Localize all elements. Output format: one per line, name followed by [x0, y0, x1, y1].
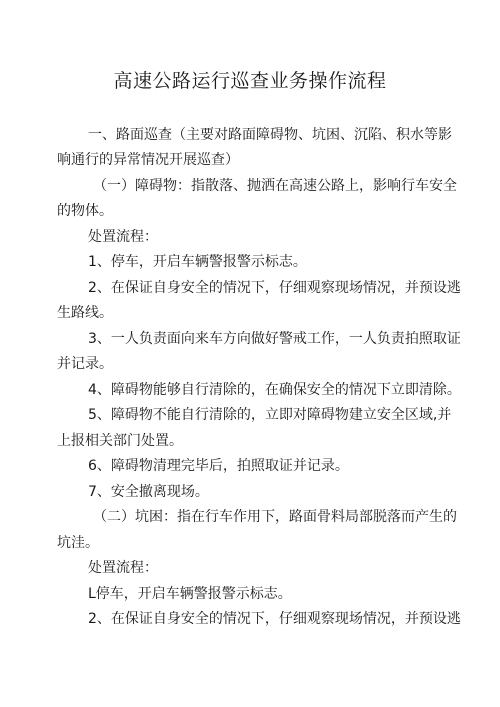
procedure-heading: 处置流程： [88, 228, 158, 246]
paragraph-line: 上报相关部门处置。 [57, 432, 183, 450]
procedure-step-3: 3、一人负责面向来车方向做好警戒工作，一人负责拍照取证 [88, 330, 461, 348]
document-title: 高速公路运行巡查业务操作流程 [0, 69, 500, 93]
paragraph-line: 的物体。 [57, 202, 113, 220]
procedure-step-5: 5、障碍物不能自行清除的，立即对障碍物建立安全区域,并 [88, 406, 451, 424]
procedure-step-4: 4、障碍物能够自行清除的，在确保安全的情况下立即清除。 [88, 381, 461, 399]
procedure-step-6: 6、障碍物清理完毕后，拍照取证并记录。 [88, 457, 349, 475]
paragraph-line: 生路线。 [57, 304, 113, 322]
section-heading-road-patrol: 一、路面巡查（主要对路面障碍物、坑困、沉陷、积水等影 [88, 126, 452, 144]
paragraph-line: 响通行的异常情况开展巡查） [57, 151, 239, 169]
procedure-step-1: L停车，开启车辆警报警示标志。 [88, 585, 292, 603]
procedure-step-1: 1、停车，开启车辆警报警示标志。 [88, 253, 307, 271]
document-page: 高速公路运行巡查业务操作流程 一、路面巡查（主要对路面障碍物、坑困、沉陷、积水等… [0, 0, 500, 707]
subsection-heading-obstacles: （一）障碍物：指散落、抛洒在高速公路上，影响行车安全 [93, 177, 457, 195]
paragraph-line: 坑洼。 [57, 534, 99, 552]
subsection-heading-potholes: （二）坑困：指在行车作用下，路面骨料局部脱落而产生的 [93, 508, 457, 526]
paragraph-line: 并记录。 [57, 355, 113, 373]
procedure-heading: 处置流程： [88, 559, 158, 577]
procedure-step-2: 2、在保证自身安全的情况下，仔细观察现场情况，并预设逃 [88, 279, 461, 297]
procedure-step-2: 2、在保证自身安全的情况下，仔细观察现场情况，并预设逃 [88, 610, 461, 628]
procedure-step-7: 7、安全撤离现场。 [88, 483, 209, 501]
